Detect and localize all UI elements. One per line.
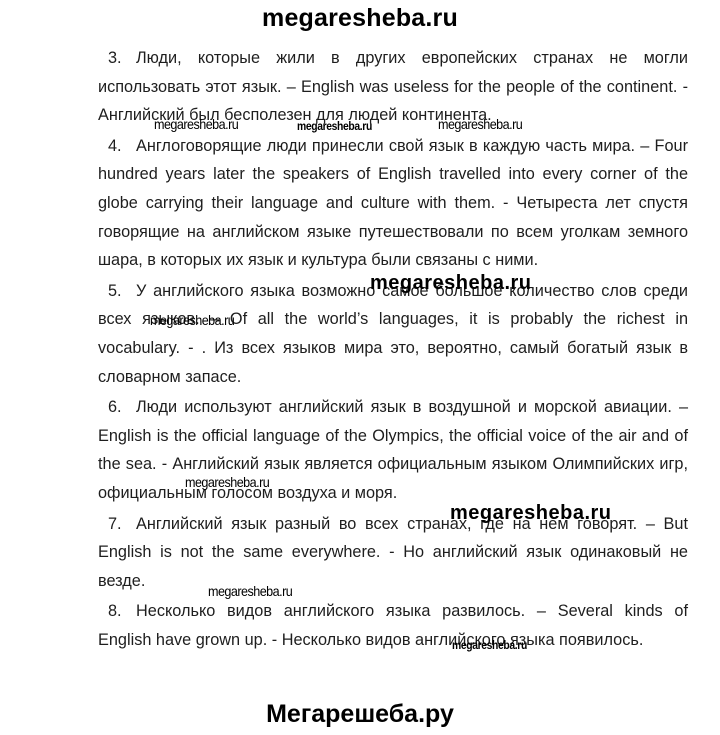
answer-item-6: 6.Люди используют английский язык в возд… <box>98 393 688 507</box>
item-number: 8. <box>98 597 136 626</box>
item-number: 3. <box>98 44 136 73</box>
watermark: megaresheba.ru <box>450 502 612 525</box>
item-text: Несколько видов английского языка развил… <box>98 602 688 649</box>
site-header-title: megaresheba.ru <box>0 4 720 33</box>
watermark: megaresheba.ru <box>208 583 292 599</box>
item-number: 7. <box>98 510 136 539</box>
watermark: megaresheba.ru <box>150 312 234 328</box>
item-text: Английский язык разный во всех странах, … <box>98 515 688 590</box>
item-number: 6. <box>98 393 136 422</box>
watermark: megaresheba.ru <box>185 474 269 490</box>
watermark: megaresheba.ru <box>370 272 532 295</box>
watermark: megaresheba.ru <box>154 116 238 132</box>
site-footer-title: Мегарешеба.ру <box>0 700 720 729</box>
item-number: 4. <box>98 132 136 161</box>
item-number: 5. <box>98 277 136 306</box>
item-text: У английского языка возможно самое больш… <box>98 282 688 386</box>
watermark: megaresheba.ru <box>297 121 372 133</box>
answer-item-4: 4.Англоговорящие люди принесли свой язык… <box>98 132 688 275</box>
watermark: megaresheba.ru <box>438 116 522 132</box>
item-text: Англоговорящие люди принесли свой язык в… <box>98 137 688 269</box>
item-text: Люди, которые жили в других европейских … <box>98 49 688 124</box>
answers-list: 3.Люди, которые жили в других европейски… <box>98 44 688 656</box>
answer-item-8: 8.Несколько видов английского языка разв… <box>98 597 688 654</box>
watermark: megaresheba.ru <box>452 640 527 652</box>
